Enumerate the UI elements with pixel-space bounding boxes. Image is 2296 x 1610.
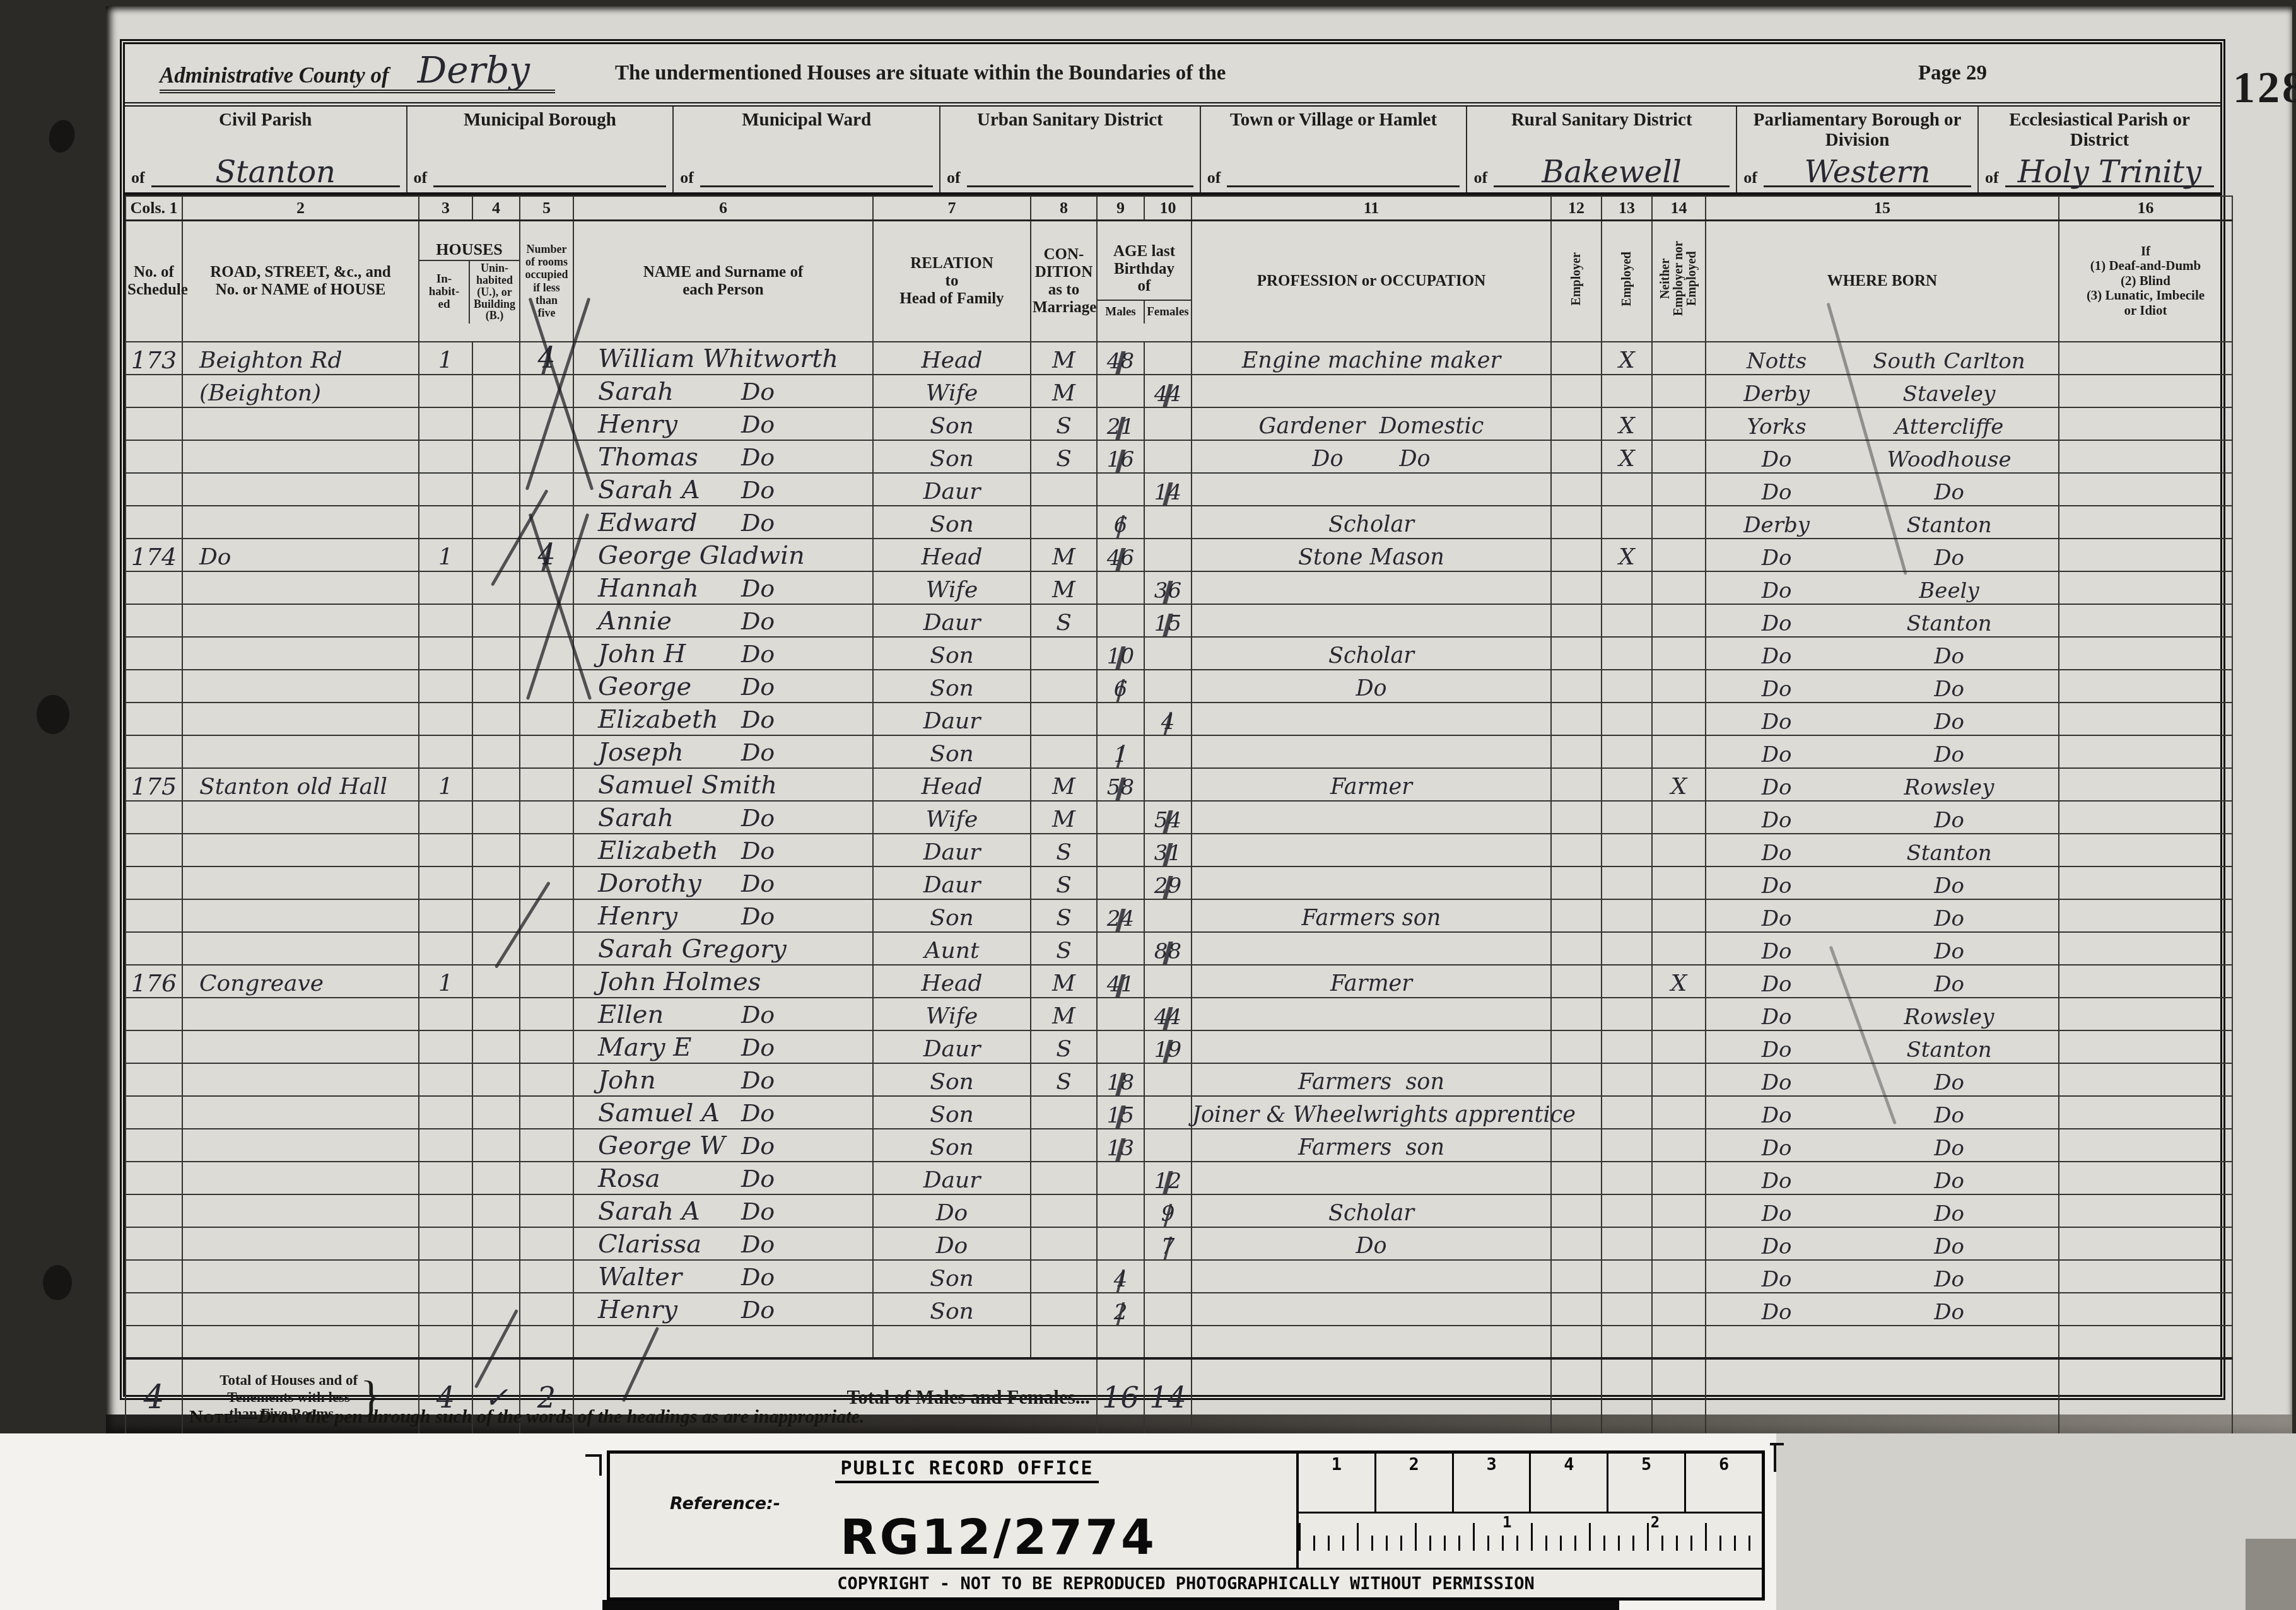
cell-rooms [520,703,573,735]
cell-relation: Wife [873,998,1031,1030]
cell-profession: Farmers son [1192,899,1551,932]
footnote: Note.—Draw the pen through such of the w… [189,1406,864,1428]
cell-age-male: 2 [1097,1293,1144,1326]
cell-relation: Head [873,768,1031,801]
census-form: Administrative County of Derby The under… [120,39,2225,1400]
header-employed: Employed [1602,220,1652,342]
cell-employed [1602,1227,1652,1260]
cell-condition [1031,1326,1097,1358]
cell-uninhabited [472,506,520,539]
cell-relation: Daur [873,604,1031,637]
cell-road [182,637,419,670]
cell-profession: Farmer [1192,965,1551,998]
pro-copyright-line: COPYRIGHT - NOT TO BE REPRODUCED PHOTOGR… [610,1568,1762,1597]
district-cell: Ecclesiastical Parish or District of Hol… [1979,107,2220,192]
folio-number-stamp: 128 [2233,63,2296,114]
cell-employer [1551,899,1602,932]
cell-inhabited: 1 [419,965,472,998]
table-row: Sarah Gregory Aunt S 88 DoDo [126,932,2232,965]
cell-profession [1192,1326,1551,1358]
cell-uninhabited [472,670,520,703]
cell-age-female [1144,899,1192,932]
cell-infirmities [2059,1129,2232,1162]
cell-schedule [126,473,182,506]
cell-profession [1192,801,1551,834]
district-value-line: Western [1764,160,1971,187]
cell-profession [1192,375,1551,407]
cell-age-female: 54 [1144,801,1192,834]
cell-condition: M [1031,768,1097,801]
cell-inhabited [419,1129,472,1162]
cell-infirmities [2059,1260,2232,1293]
cell-condition [1031,1293,1097,1326]
cell-where-born: DoDo [1706,899,2059,932]
cell-infirmities [2059,1096,2232,1129]
table-row: ElizabethDo Daur 4 DoDo [126,703,2232,735]
cell-rooms [520,670,573,703]
cell-where-born: DoRowsley [1706,998,2059,1030]
cell-condition: S [1031,932,1097,965]
cell-inhabited: 1 [419,342,472,375]
cell-profession: Scholar [1192,506,1551,539]
cell-name: EdwardDo [573,506,873,539]
cell-rooms [520,866,573,899]
cell-employer [1551,1326,1602,1358]
cell-rooms [520,604,573,637]
cell-inhabited [419,998,472,1030]
cell-employed [1602,998,1652,1030]
cell-schedule [126,375,182,407]
cell-age-female: 44 [1144,998,1192,1030]
cell-road [182,1129,419,1162]
cell-road [182,1326,419,1358]
cell-neither-employer [1652,1293,1706,1326]
cell-employed [1602,670,1652,703]
cell-name: WalterDo [573,1260,873,1293]
header-neither: Neither Employer nor Employed [1652,220,1706,342]
cell-uninhabited [472,1194,520,1227]
cell-condition: S [1031,899,1097,932]
cell-employed [1602,965,1652,998]
col-num: 8 [1031,196,1097,220]
cell-condition [1031,637,1097,670]
cell-relation: Wife [873,801,1031,834]
ruler-cm-scale: 1 2 3 4 5 6 [1299,1454,1762,1514]
cell-where-born: DoDo [1706,703,2059,735]
cell-infirmities [2059,932,2232,965]
cell-employed [1602,834,1652,866]
header-inhabited: In- habit- ed [419,261,469,324]
cell-age-male [1097,1162,1144,1194]
cell-road: Congreave [182,965,419,998]
col-num: 16 [2059,196,2232,220]
table-row: Mary EDo Daur S 19 DoStanton [126,1030,2232,1063]
header-houses: HOUSES In- habit- ed Unin- habited (U.),… [419,220,520,342]
cell-infirmities [2059,768,2232,801]
cell-neither-employer [1652,637,1706,670]
cell-employed [1602,1326,1652,1358]
cell-relation: Son [873,735,1031,768]
cell-age-female: 9 [1144,1194,1192,1227]
district-value-line [700,185,933,187]
cell-inhabited [419,1096,472,1129]
cell-age-female: 36 [1144,571,1192,604]
census-scan-page: { "hdr": { "admin_label": "Administrativ… [0,0,2296,1610]
cell-schedule [126,1096,182,1129]
ruler-cm-5: 5 [1608,1454,1686,1512]
cell-name: AnnieDo [573,604,873,637]
cell-rooms [520,1194,573,1227]
cell-infirmities [2059,801,2232,834]
district-of-label: of [1207,168,1221,187]
cell-employer [1551,932,1602,965]
table-row: HenryDo Son S 24 Farmers son DoDo [126,899,2232,932]
cell-age-female [1144,735,1192,768]
cell-neither-employer [1652,407,1706,440]
header-profession: PROFESSION or OCCUPATION [1192,220,1551,342]
cell-road [182,866,419,899]
cell-where-born: DoStanton [1706,834,2059,866]
cell-where-born: YorksAttercliffe [1706,407,2059,440]
cell-condition [1031,1227,1097,1260]
cell-rooms [520,834,573,866]
page-number: Page 29 [1918,62,1987,85]
cell-inhabited: 1 [419,539,472,571]
cell-road: (Beighton) [182,375,419,407]
cell-infirmities [2059,998,2232,1030]
cell-road [182,735,419,768]
cell-road: Stanton old Hall [182,768,419,801]
cell-uninhabited [472,998,520,1030]
table-row: 173 Beighton Rd 1 4 William Whitworth He… [126,342,2232,375]
district-label: Municipal Borough [414,110,667,131]
cell-neither-employer [1652,670,1706,703]
cell-age-male [1097,834,1144,866]
cell-relation: Son [873,899,1031,932]
cell-road [182,1030,419,1063]
cell-relation: Son [873,637,1031,670]
cell-where-born: DoStanton [1706,1030,2059,1063]
cell-uninhabited [472,375,520,407]
col-num: 11 [1192,196,1551,220]
cell-relation: Daur [873,473,1031,506]
cell-schedule [126,1227,182,1260]
cell-schedule [126,899,182,932]
cell-age-female [1144,637,1192,670]
cell-condition: S [1031,1063,1097,1096]
header-condition: CON- DITION as to Marriage [1031,220,1097,342]
cell-schedule [126,1293,182,1326]
cell-name: John HDo [573,637,873,670]
header-road: ROAD, STREET, &c., and No. or NAME of HO… [182,220,419,342]
cell-uninhabited [472,1129,520,1162]
cell-employer [1551,768,1602,801]
table-row: ElizabethDo Daur S 31 DoStanton [126,834,2232,866]
cell-road [182,1293,419,1326]
cell-where-born [1706,1326,2059,1358]
cell-age-male: 15 [1097,1096,1144,1129]
table-row: Sarah ADo Do 9 Scholar DoDo [126,1194,2232,1227]
table-row: (Beighton) SarahDo Wife M 44 DerbyStavel… [126,375,2232,407]
cell-condition: S [1031,407,1097,440]
cell-where-born: DoDo [1706,1227,2059,1260]
table-row: GeorgeDo Son 6 Do DoDo [126,670,2232,703]
empty-cell [1192,1358,1551,1437]
empty-cell [2059,1358,2232,1437]
cell-neither-employer: X [1652,768,1706,801]
cell-name: Sarah ADo [573,473,873,506]
district-of-label: of [1985,168,1999,187]
cell-profession: Do [1192,670,1551,703]
ruler-cm-1: 1 [1299,1454,1376,1512]
cell-age-female: 4 [1144,703,1192,735]
public-record-office-box: PUBLIC RECORD OFFICE Reference:- RG12/27… [607,1450,1765,1601]
cell-relation [873,1326,1031,1358]
table-row: ClarissaDo Do 7 Do DoDo [126,1227,2232,1260]
cell-name: William Whitworth [573,342,873,375]
cell-age-female [1144,1293,1192,1326]
header-schedule: No. of Schedule [126,220,182,342]
cell-uninhabited [472,965,520,998]
cell-profession: Farmers son [1192,1063,1551,1096]
district-label: Ecclesiastical Parish or District [1985,110,2214,151]
cell-schedule [126,735,182,768]
cell-schedule [126,506,182,539]
ruler-cm-3: 3 [1454,1454,1532,1512]
cell-name: Sarah Gregory [573,932,873,965]
cell-where-born: DoDo [1706,473,2059,506]
cell-neither-employer [1652,735,1706,768]
cell-condition [1031,473,1097,506]
cell-condition [1031,735,1097,768]
cell-road [182,932,419,965]
cell-age-male: 1 [1097,735,1144,768]
cell-inhabited [419,1293,472,1326]
district-value: Bakewell [1542,155,1682,190]
cell-inhabited [419,932,472,965]
cell-schedule [126,440,182,473]
cell-condition: M [1031,375,1097,407]
cell-age-female: 31 [1144,834,1192,866]
cell-inhabited [419,899,472,932]
cell-schedule: 174 [126,539,182,571]
cell-name: JosephDo [573,735,873,768]
cell-rooms [520,571,573,604]
cell-infirmities [2059,1030,2232,1063]
cell-rooms [520,965,573,998]
cell-profession [1192,1293,1551,1326]
cell-inhabited [419,637,472,670]
cell-uninhabited [472,1293,520,1326]
cell-condition: M [1031,965,1097,998]
cell-rooms [520,768,573,801]
cell-uninhabited [472,1326,520,1358]
header-females: Females [1144,301,1191,324]
cell-infirmities [2059,1162,2232,1194]
cell-neither-employer [1652,571,1706,604]
header-employer: Employer [1551,220,1602,342]
cell-rooms [520,506,573,539]
cell-relation: Son [873,407,1031,440]
cell-infirmities [2059,1227,2232,1260]
cell-profession [1192,1260,1551,1293]
cell-employed [1602,1030,1652,1063]
cell-uninhabited [472,637,520,670]
cell-schedule [126,604,182,637]
cell-infirmities [2059,1293,2232,1326]
cell-neither-employer [1652,1030,1706,1063]
cell-rooms [520,1030,573,1063]
cell-name: EllenDo [573,998,873,1030]
cell-road [182,1227,419,1260]
cell-infirmities [2059,866,2232,899]
cell-neither-employer [1652,1227,1706,1260]
cell-relation: Son [873,506,1031,539]
cell-inhabited [419,834,472,866]
cell-uninhabited [472,473,520,506]
district-of-label: of [947,168,961,187]
cell-schedule [126,1063,182,1096]
cell-age-female: 29 [1144,866,1192,899]
registration-mark [1770,1443,1784,1445]
cell-condition [1031,506,1097,539]
cell-inhabited [419,1326,472,1358]
cell-infirmities [2059,571,2232,604]
cell-employed [1602,571,1652,604]
cell-infirmities [2059,1063,2232,1096]
cell-inhabited [419,1030,472,1063]
district-of-label: of [1473,168,1487,187]
empty-cell [1602,1358,1652,1437]
cell-condition: M [1031,801,1097,834]
cell-condition: M [1031,539,1097,571]
cell-infirmities [2059,703,2232,735]
cell-employed [1602,703,1652,735]
table-row: JohnDo Son S 18 Farmers son DoDo [126,1063,2232,1096]
ruler-inch-1: 1 [1502,1514,1511,1531]
header-uninhabited: Unin- habited (U.), or Building (B.) [469,261,519,324]
col-num: Cols. 1 [126,196,182,220]
cell-age-female: 7 [1144,1227,1192,1260]
cell-name: DorothyDo [573,866,873,899]
cell-age-male [1097,473,1144,506]
cell-employer [1551,834,1602,866]
cell-employer [1551,342,1602,375]
cell-age-male [1097,604,1144,637]
cell-road [182,506,419,539]
cell-schedule [126,1030,182,1063]
cell-rooms [520,1162,573,1194]
cell-employed: X [1602,440,1652,473]
cell-uninhabited [472,440,520,473]
cell-age-female [1144,1063,1192,1096]
cell-employed [1602,735,1652,768]
cell-age-male: 18 [1097,1063,1144,1096]
district-of-label: of [131,168,145,187]
cell-rooms [520,1227,573,1260]
cell-where-born: DoDo [1706,965,2059,998]
cell-relation: Head [873,342,1031,375]
cell-name: ElizabethDo [573,834,873,866]
cell-employer [1551,571,1602,604]
table-row: Samuel ADo Son 15 Joiner & Wheelwrights … [126,1096,2232,1129]
table-row: 176 Congreave 1 John Holmes Head M 41 Fa… [126,965,2232,998]
cell-profession [1192,604,1551,637]
cell-uninhabited [472,1162,520,1194]
cell-relation: Daur [873,866,1031,899]
cell-employer [1551,604,1602,637]
boundary-text: The undermentioned Houses are situate wi… [615,62,1226,85]
cell-where-born: NottsSouth Carlton [1706,342,2059,375]
cell-employer [1551,998,1602,1030]
cell-road [182,1096,419,1129]
cell-age-female: 19 [1144,1030,1192,1063]
district-cell: Town or Village or Hamlet of [1201,107,1468,192]
district-label: Town or Village or Hamlet [1207,110,1460,131]
district-cell: Parliamentary Borough or Division of Wes… [1737,107,1979,192]
cell-rooms [520,407,573,440]
bottom-dark-corner [2246,1539,2296,1610]
header-rooms: Number of rooms occupied if less than fi… [520,220,573,342]
cell-profession [1192,473,1551,506]
header-age-title: AGE last Birthday of [1098,239,1191,300]
cell-name: SarahDo [573,375,873,407]
cell-rooms [520,932,573,965]
cell-employed [1602,932,1652,965]
cell-name: Samuel Smith [573,768,873,801]
cell-neither-employer [1652,342,1706,375]
cell-rooms [520,735,573,768]
cell-rooms [520,375,573,407]
cell-condition: S [1031,834,1097,866]
table-row: HenryDo Son 2 DoDo [126,1293,2232,1326]
cell-employed [1602,506,1652,539]
cell-age-male: 6 [1097,670,1144,703]
cell-inhabited [419,866,472,899]
ruler-cm-4: 4 [1531,1454,1608,1512]
cell-infirmities [2059,834,2232,866]
district-value-line: Stanton [151,160,400,187]
district-value-line [433,185,666,187]
district-cell: Urban Sanitary District of [940,107,1201,192]
cell-employed [1602,866,1652,899]
cell-schedule [126,407,182,440]
cell-employer [1551,473,1602,506]
district-label: Municipal Ward [680,110,933,131]
district-value-line [967,185,1193,187]
cell-where-born: DoDo [1706,1293,2059,1326]
cell-road [182,604,419,637]
cell-inhabited [419,1063,472,1096]
cell-condition: S [1031,440,1097,473]
cell-neither-employer [1652,1063,1706,1096]
district-value: Stanton [215,155,336,190]
bottom-black-bar [602,1600,1619,1610]
cell-road [182,571,419,604]
cell-name: HenryDo [573,407,873,440]
cell-age-female [1144,1129,1192,1162]
cell-neither-employer: X [1652,965,1706,998]
cell-profession [1192,571,1551,604]
cell-infirmities [2059,375,2232,407]
cell-name: Sarah ADo [573,1194,873,1227]
cell-employed: X [1602,539,1652,571]
cell-rooms [520,899,573,932]
cell-age-male [1097,571,1144,604]
cell-name: SarahDo [573,801,873,834]
cell-condition [1031,1129,1097,1162]
cell-uninhabited [472,932,520,965]
